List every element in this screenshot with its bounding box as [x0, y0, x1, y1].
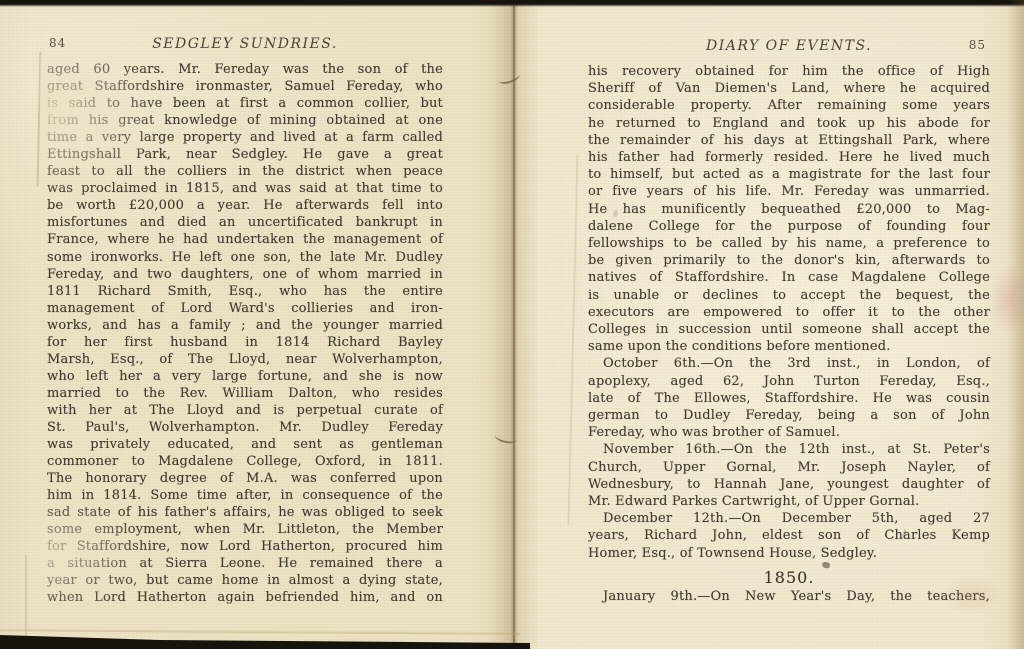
- text-line: married to the Rev. William Dalton, who …: [47, 385, 443, 402]
- text-line: great Staffordshire ironmaster, Samuel F…: [47, 78, 443, 95]
- text-line: some employment, when Mr. Littleton, the…: [47, 521, 443, 538]
- right-page-header: DIARY OF EVENTS. 85: [588, 38, 990, 54]
- text-line: considerable property. After remaining s…: [588, 97, 990, 114]
- text-line: for Staffordshire, now Lord Hatherton, p…: [47, 538, 443, 555]
- text-line: management of Lord Ward's collieries and…: [47, 300, 443, 317]
- left-page-number: 84: [49, 36, 66, 50]
- text-line: January 9th.—On New Year's Day, the teac…: [588, 588, 990, 605]
- text-line: is said to have been at first a common c…: [47, 95, 443, 112]
- text-line: be worth £20,000 a year. He afterwards f…: [47, 197, 443, 214]
- text-line: be given primarily to the donor's kin, a…: [588, 252, 990, 269]
- text-line: same upon the conditions before mentione…: [588, 338, 990, 355]
- text-line: the remainder of his days at Ettingshall…: [588, 132, 990, 149]
- text-line: late of The Ellowes, Staffordshire. He w…: [588, 390, 990, 407]
- left-bottom-crease: [25, 555, 27, 645]
- text-line: when Lord Hatherton again befriended him…: [47, 589, 443, 606]
- text-line: aged 60 years. Mr. Fereday was the son o…: [47, 61, 443, 78]
- text-line: 1850.: [588, 562, 990, 588]
- text-line: his father had formerly resided. Here he…: [588, 149, 990, 166]
- text-line: years, Richard John, eldest son of Charl…: [588, 527, 990, 544]
- text-line: fellowships to be called by his name, a …: [588, 235, 990, 252]
- text-line: October 6th.—On the 3rd inst., in London…: [588, 355, 990, 372]
- right-page-title: DIARY OF EVENTS.: [706, 38, 872, 54]
- text-line: works, and has a family ; and the younge…: [47, 317, 443, 334]
- text-line: December 12th.—On December 5th, aged 27: [588, 510, 990, 527]
- text-line: a situation at Sierra Leone. He remained…: [47, 555, 443, 572]
- left-page-text: aged 60 years. Mr. Fereday was the son o…: [47, 61, 443, 607]
- text-line: Fereday, and two daughters, one of whom …: [47, 266, 443, 283]
- text-line: was proclaimed in 1815, and was said at …: [47, 180, 443, 197]
- text-line: dalene College for the purpose of foundi…: [588, 218, 990, 235]
- gutter-crease-line: [513, 0, 515, 649]
- text-line: He has munificently bequeathed £20,000 t…: [588, 201, 990, 218]
- text-line: Colleges in succession until someone sha…: [588, 321, 990, 338]
- text-line: natives of Staffordshire. In case Magdal…: [588, 269, 990, 286]
- text-line: time a very large property and lived at …: [47, 129, 443, 146]
- right-page-text: his recovery obtained for him the office…: [588, 63, 990, 605]
- text-line: Mr. Edward Parkes Cartwright, of Upper G…: [588, 493, 990, 510]
- photo-edge-top: [0, 0, 1024, 7]
- ink-spot: [613, 210, 618, 217]
- text-line: France, where he had undertaken the mana…: [47, 231, 443, 248]
- text-line: him in 1814. Some time after, in consequ…: [47, 487, 443, 504]
- text-line: executors are empowered to offer it to t…: [588, 304, 990, 321]
- left-page-header: 84 SEDGLEY SUNDRIES.: [47, 36, 443, 52]
- text-line: 1811 Richard Smith, Esq., who has the en…: [47, 283, 443, 300]
- book-spread: 84 SEDGLEY SUNDRIES. DIARY OF EVENTS. 85…: [0, 0, 1024, 649]
- text-line: some ironworks. He left one son, the lat…: [47, 249, 443, 266]
- text-line: misfortunes and died an uncertificated b…: [47, 214, 443, 231]
- text-line: Church, Upper Gornal, Mr. Joseph Nayler,…: [588, 459, 990, 476]
- text-line: feast to all the colliers in the distric…: [47, 163, 443, 180]
- text-line: from his great knowledge of mining obtai…: [47, 112, 443, 129]
- text-line: german to Dudley Fereday, being a son of…: [588, 407, 990, 424]
- text-line: Ettingshall Park, near Sedgley. He gave …: [47, 146, 443, 163]
- text-line: commoner to Magdalene College, Oxford, i…: [47, 453, 443, 470]
- text-line: for her first husband in 1814 Richard Ba…: [47, 334, 443, 351]
- text-line: with her at The Lloyd and is perpetual c…: [47, 402, 443, 419]
- text-line: who left her a very large fortune, and s…: [47, 368, 443, 385]
- text-line: sad state of his father's affairs, he wa…: [47, 504, 443, 521]
- text-line: his recovery obtained for him the office…: [588, 63, 990, 80]
- text-line: is unable or declines to accept the bequ…: [588, 287, 990, 304]
- text-line: Homer, Esq., of Townsend House, Sedgley.: [588, 545, 990, 562]
- text-line: apoplexy, aged 62, John Turton Fereday, …: [588, 373, 990, 390]
- page-curve-shade-right: [1008, 0, 1024, 649]
- text-line: Marsh, Esq., of The Lloyd, near Wolverha…: [47, 351, 443, 368]
- text-line: The honorary degree of M.A. was conferre…: [47, 470, 443, 487]
- right-page-number: 85: [969, 38, 986, 52]
- text-line: November 16th.—On the 12th inst., at St.…: [588, 441, 990, 458]
- text-line: was privately educated, and sent as gent…: [47, 436, 443, 453]
- text-line: he returned to England and took up his a…: [588, 115, 990, 132]
- text-line: year or two, but came home in almost a d…: [47, 572, 443, 589]
- left-page-title: SEDGLEY SUNDRIES.: [152, 36, 338, 52]
- text-line: Sheriff of Van Diemen's Land, where he a…: [588, 80, 990, 97]
- text-line: or five years of his life. Mr. Fereday w…: [588, 183, 990, 200]
- text-line: St. Paul's, Wolverhampton. Mr. Dudley Fe…: [47, 419, 443, 436]
- text-line: Fereday, who was brother of Samuel.: [588, 424, 990, 441]
- text-line: to himself, but acted as a magistrate fo…: [588, 166, 990, 183]
- text-line: Wednesbury, to Hannah Jane, youngest dau…: [588, 476, 990, 493]
